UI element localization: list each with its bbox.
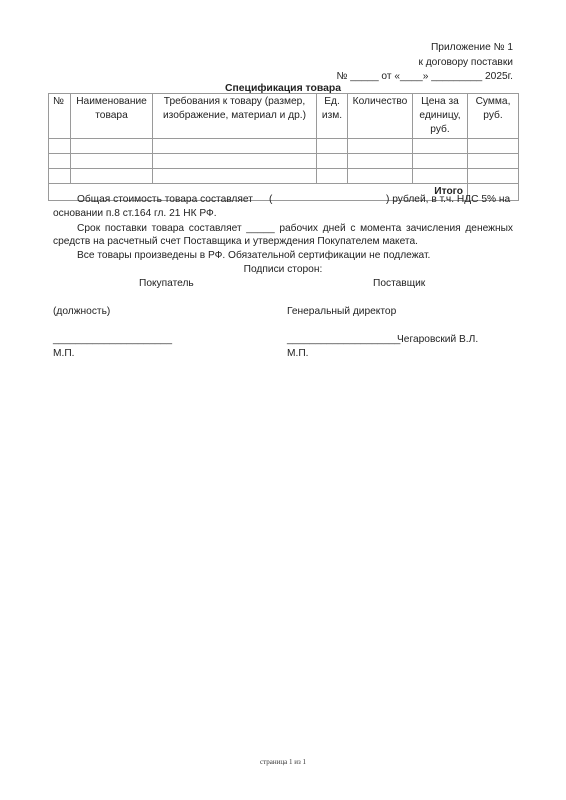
cell-quantity [348, 169, 413, 184]
table-row [49, 169, 519, 184]
column-header-number: № [49, 94, 71, 139]
cost-paren-open: ( [269, 194, 272, 205]
cost-line-end: ) рублей, в т.ч. НДС 5% на [386, 194, 510, 205]
cell-requirements [153, 154, 317, 169]
cell-unit [317, 139, 348, 154]
delivery-line-2: средств на расчетный счет Поставщика и у… [53, 236, 418, 247]
buyer-stamp: М.П. [53, 348, 74, 359]
cell-requirements [153, 139, 317, 154]
cell-price [413, 169, 468, 184]
column-header-quantity: Количество [348, 94, 413, 139]
specification-table: № Наименование товара Требования к товар… [48, 93, 519, 201]
buyer-position: (должность) [53, 306, 110, 317]
document-header: Приложение № 1 к договору поставки № ___… [337, 41, 513, 85]
page-footer: страница 1 из 1 [0, 758, 566, 766]
cell-number [49, 139, 71, 154]
supplier-stamp: М.П. [287, 348, 308, 359]
cell-price [413, 139, 468, 154]
cost-line-start: Общая стоимость товара составляет [77, 194, 253, 205]
cell-sum [468, 169, 519, 184]
cell-sum [468, 139, 519, 154]
buyer-label: Покупатель [139, 278, 194, 289]
column-header-requirements: Требования к товару (размер, изображение… [153, 94, 317, 139]
cell-name [71, 169, 153, 184]
supplier-name: Чегаровский В.Л. [397, 334, 478, 345]
column-header-unit: Ед. изм. [317, 94, 348, 139]
delivery-line-1: Срок поставки товара составляет _____ ра… [53, 222, 513, 237]
supplier-signature-line: ____________________ [287, 334, 400, 345]
contract-label: к договору поставки [337, 56, 513, 71]
buyer-signature-line: _____________________ [53, 334, 172, 345]
table-header-row: № Наименование товара Требования к товар… [49, 94, 519, 139]
appendix-label: Приложение № 1 [337, 41, 513, 56]
column-header-name: Наименование товара [71, 94, 153, 139]
origin-line: Все товары произведены в РФ. Обязательно… [77, 250, 430, 261]
cell-quantity [348, 139, 413, 154]
signatures-heading: Подписи сторон: [0, 264, 566, 275]
cell-price [413, 154, 468, 169]
cell-requirements [153, 169, 317, 184]
cost-line-2: основании п.8 ст.164 гл. 21 НК РФ. [53, 208, 217, 219]
cell-name [71, 139, 153, 154]
cell-number [49, 154, 71, 169]
column-header-sum: Сумма, руб. [468, 94, 519, 139]
cell-unit [317, 154, 348, 169]
supplier-position: Генеральный директор [287, 306, 396, 317]
cell-number [49, 169, 71, 184]
supplier-label: Поставщик [373, 278, 425, 289]
cell-unit [317, 169, 348, 184]
cell-name [71, 154, 153, 169]
table-row [49, 139, 519, 154]
table-row [49, 154, 519, 169]
cell-sum [468, 154, 519, 169]
column-header-price: Цена за единицу, руб. [413, 94, 468, 139]
cell-quantity [348, 154, 413, 169]
